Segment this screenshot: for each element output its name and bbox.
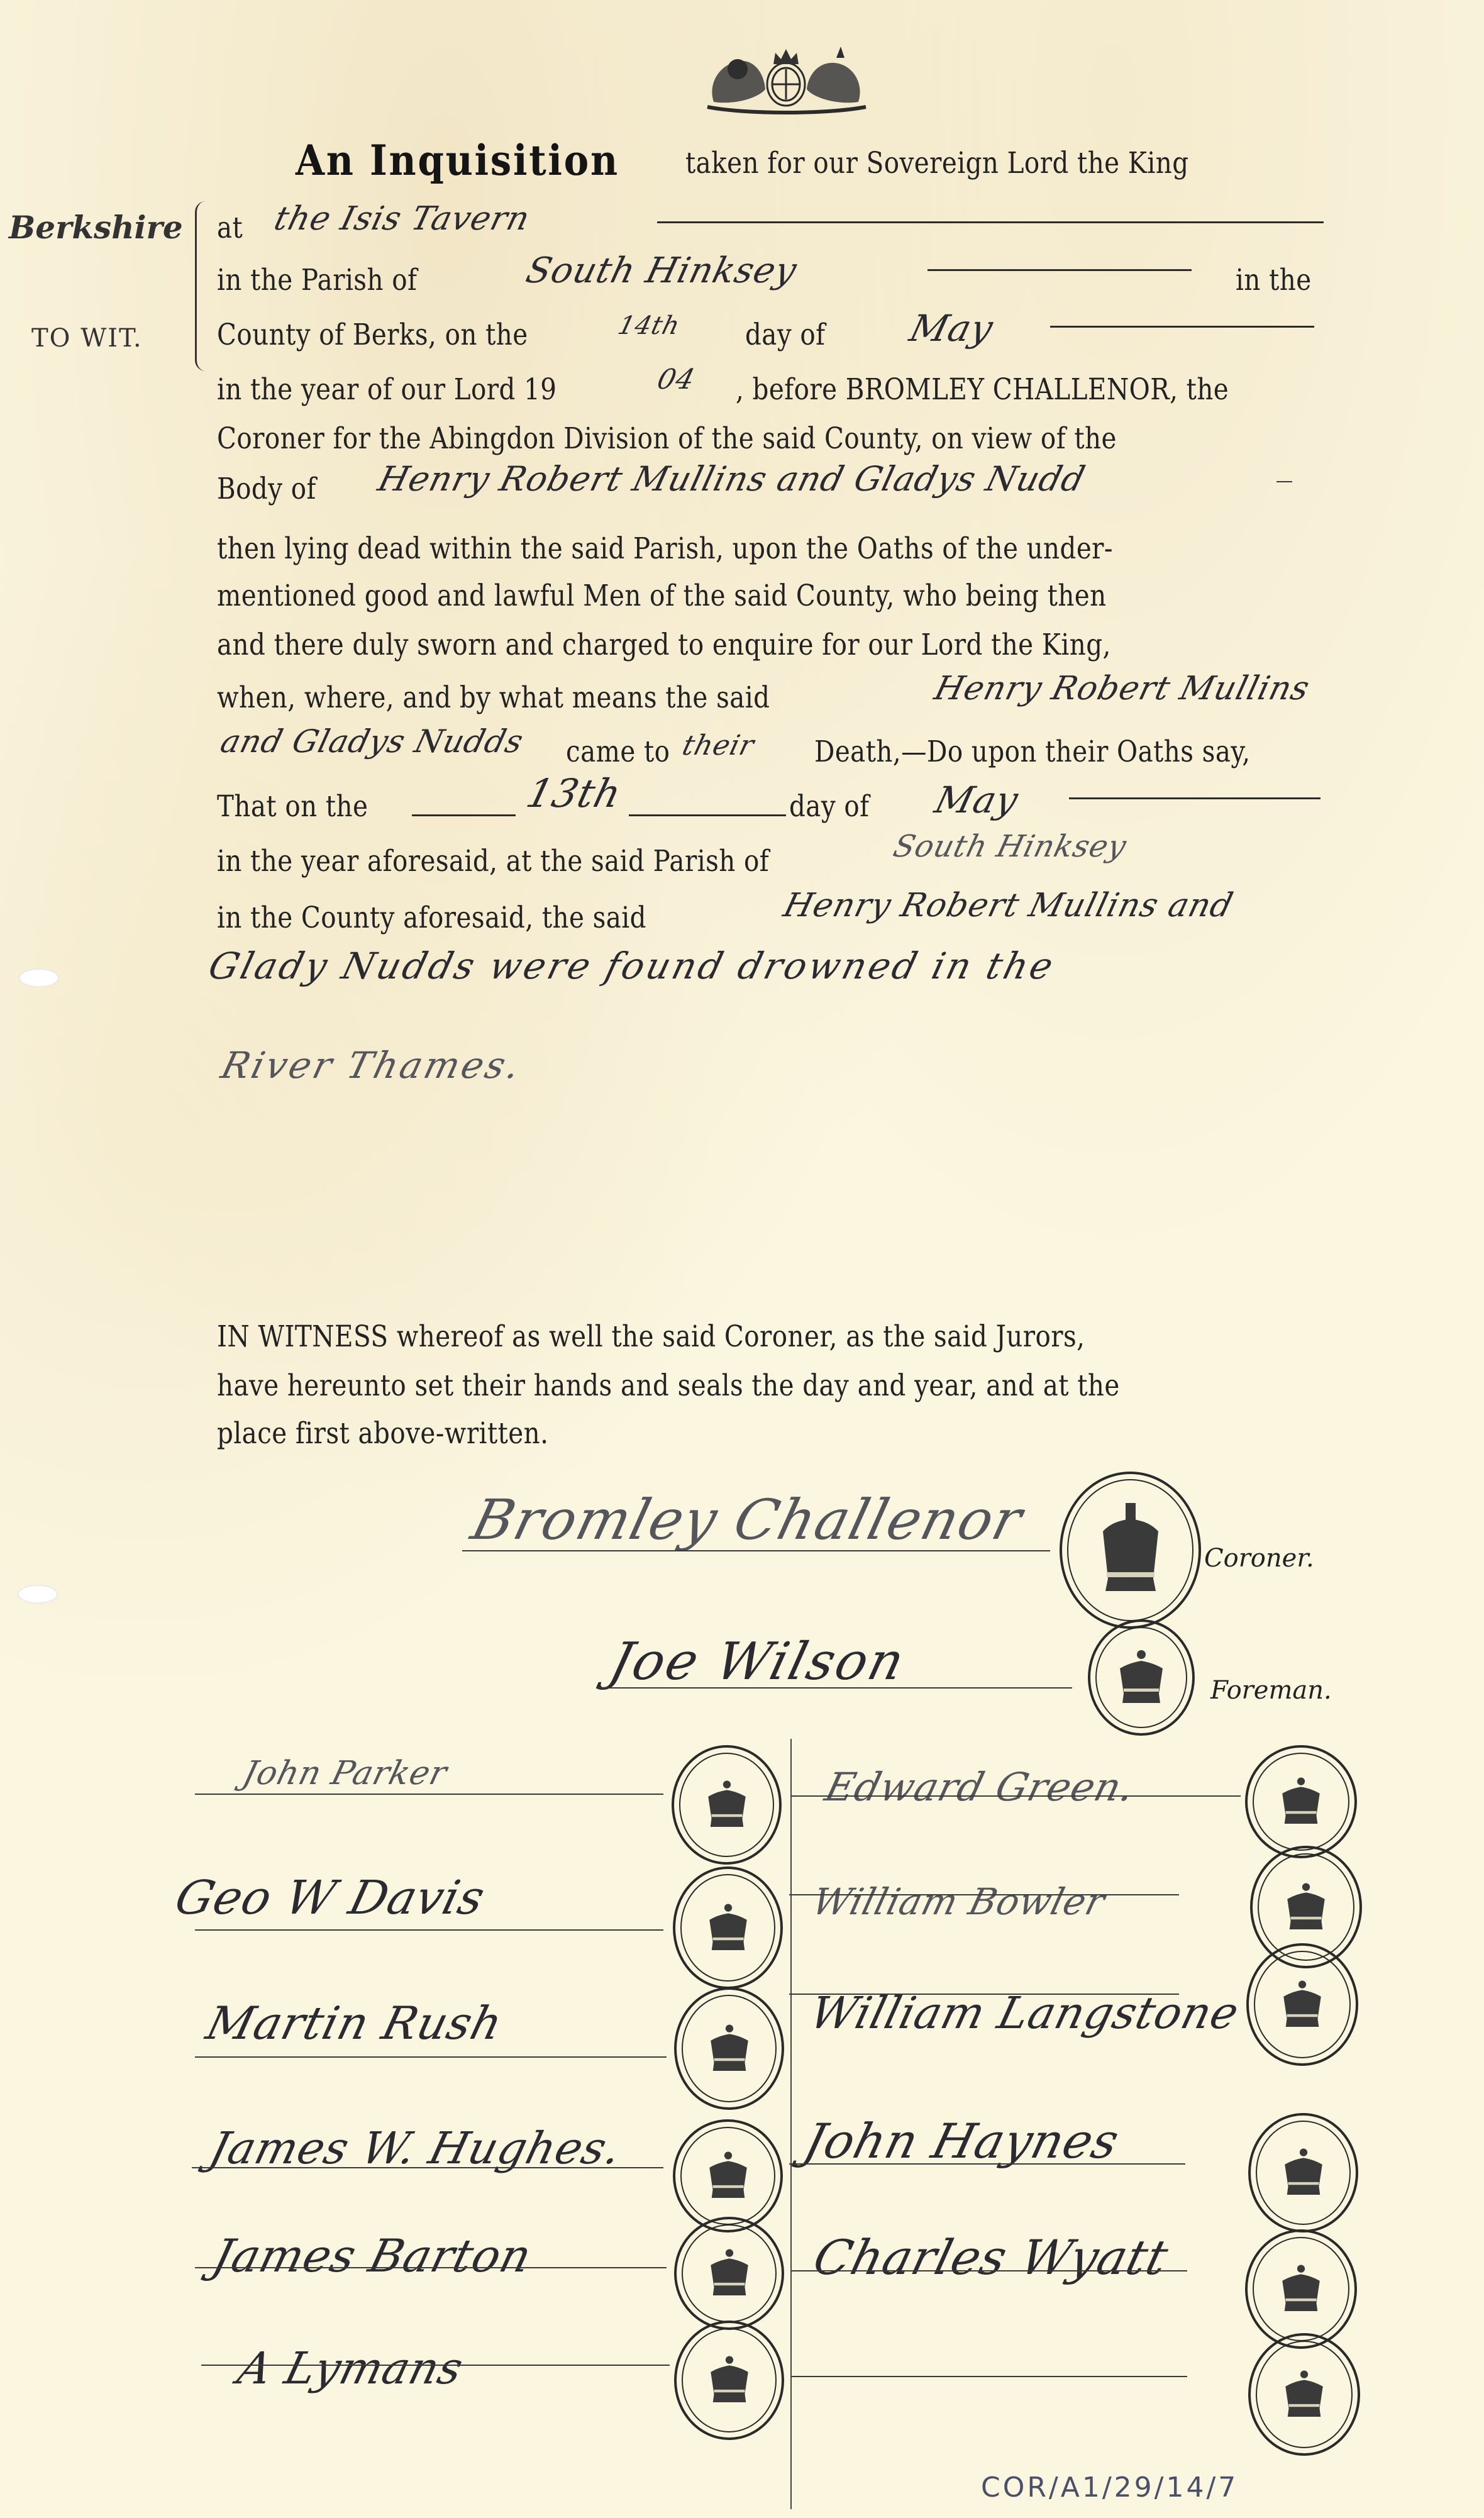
crown-icon — [707, 2355, 751, 2405]
juror-seal — [673, 1866, 783, 1989]
juror-seal — [1245, 1745, 1357, 1858]
juror-signature: John Parker — [239, 1755, 451, 1792]
death-parish-field: South Hinksey — [890, 829, 1130, 864]
before-coroner-text: , before BROMLEY CHALLENOR, the — [736, 372, 1229, 407]
finding-line-1: Henry Robert Mullins and — [780, 887, 1237, 924]
deceased-names-field: Henry Robert Mullins and Gladys Nudd — [374, 459, 1089, 499]
coroner-signature: Bromley Challenor — [465, 1487, 1029, 1552]
body-of-label: Body of — [217, 472, 316, 506]
foreman-role-label: Foreman. — [1210, 1676, 1332, 1705]
that-on-the-label: That on the — [217, 789, 368, 824]
juror-seal — [672, 1745, 782, 1865]
death-oaths-text: Death,—Do upon their Oaths say, — [814, 735, 1251, 769]
county-aforesaid-text: in the County aforesaid, the said — [217, 901, 646, 935]
foreman-signature-line — [597, 1687, 1072, 1689]
title-continuation: taken for our Sovereign Lord the King — [685, 146, 1189, 180]
juror-signature: John Haynes — [799, 2113, 1125, 2169]
at-label: at — [217, 211, 243, 245]
juror-signature: James W. Hughes. — [204, 2122, 627, 2174]
death-month-field: May — [931, 779, 1023, 821]
crown-icon — [705, 1780, 749, 1830]
finding-line-3: River Thames. — [217, 1044, 527, 1087]
juror-signature-line — [195, 2267, 667, 2268]
their-insert: their — [679, 729, 758, 762]
juror-seal — [673, 2119, 783, 2232]
juror-signature-line — [195, 2056, 667, 2058]
to-wit-label: TO WIT. — [31, 324, 143, 353]
juror-signature-line — [789, 2163, 1185, 2165]
archive-reference: COR/A1/29/14/7 — [981, 2471, 1238, 2504]
finding-line-2: Glady Nudds were found drowned in the — [204, 945, 1060, 987]
crown-icon — [706, 1903, 750, 1953]
death-day-field: 13th — [522, 770, 626, 816]
juror-signature-line — [791, 2270, 1187, 2271]
crown-icon — [1093, 1503, 1168, 1597]
juror-signature-line — [791, 2376, 1187, 2377]
juror-seal — [1245, 2229, 1357, 2349]
juror-signature-line-ext — [1021, 1795, 1241, 1797]
crown-icon — [1279, 1777, 1323, 1827]
punch-hole — [18, 1585, 58, 1604]
juror-seal — [674, 1987, 784, 2110]
juror-signature-line — [195, 1929, 663, 1931]
county-label: County of Berks, on the — [217, 318, 528, 352]
crown-icon — [1284, 1882, 1328, 1933]
deceased-names-field-2: Henry Robert Mullins — [931, 670, 1314, 707]
county-margin-label: Berkshire — [9, 209, 183, 246]
juror-seal — [1246, 1943, 1358, 2066]
juror-signature: William Bowler — [808, 1880, 1110, 1923]
coroner-role-label: Coroner. — [1204, 1544, 1314, 1573]
death-day-of-label: day of — [789, 789, 870, 824]
mentioned-text: mentioned good and lawful Men of the sai… — [217, 579, 1107, 613]
juror-seal — [1248, 2333, 1360, 2456]
inquest-year-field: 04 — [654, 363, 699, 396]
royal-crest-icon — [695, 39, 877, 114]
juror-signature-line — [195, 1794, 663, 1795]
parish-field: South Hinksey — [522, 250, 801, 291]
juror-seal — [674, 2217, 784, 2330]
year-label: in the year of our Lord 19 — [217, 372, 556, 407]
juror-signature-line — [791, 1795, 1021, 1797]
bracket-brace — [195, 201, 206, 371]
coroner-seal — [1060, 1472, 1201, 1629]
lying-dead-text: then lying dead within the said Parish, … — [217, 531, 1113, 566]
came-to-text: came to — [566, 735, 670, 769]
juror-seal — [674, 2321, 784, 2440]
witness-line-3: place first above-written. — [217, 1416, 548, 1451]
juror-signature: Geo W Davis — [170, 1871, 490, 1925]
parish-suffix: in the — [1236, 263, 1312, 297]
juror-signature: James Barton — [208, 2229, 537, 2282]
inquest-day-field: 14th — [615, 311, 683, 340]
crown-icon — [1280, 1980, 1324, 2030]
crown-icon — [1116, 1650, 1166, 1706]
coroner-signature-line — [462, 1550, 1050, 1551]
death-day-line-right — [629, 814, 786, 816]
foreman-seal — [1088, 1619, 1195, 1736]
death-day-line-left — [412, 814, 516, 816]
when-where-text: when, where, and by what means the said — [217, 680, 770, 715]
deceased-names-field-3: and Gladys Nudds — [217, 723, 528, 760]
day-of-label: day of — [745, 318, 826, 352]
punch-hole — [19, 968, 59, 987]
juror-signature-line — [192, 2167, 663, 2168]
juror-seal — [1248, 2113, 1358, 2232]
parish-label: in the Parish of — [217, 263, 417, 297]
dash-mark — [1276, 481, 1292, 482]
crown-icon — [1282, 2370, 1326, 2420]
foreman-signature: Joe Wilson — [604, 1632, 912, 1692]
juror-signature: Martin Rush — [201, 1997, 508, 2049]
crown-icon — [1279, 2264, 1323, 2314]
crown-icon — [706, 2151, 750, 2201]
venue-field-line — [657, 221, 1324, 223]
document-title: An Inquisition — [296, 136, 619, 185]
juror-signature-line — [789, 1994, 1179, 1995]
venue-field: the Isis Tavern — [270, 200, 534, 238]
crown-icon — [707, 2024, 751, 2074]
juror-signature: William Langstone — [805, 1987, 1244, 2039]
juror-signature-line — [789, 1894, 1179, 1895]
juror-signature-line — [201, 2365, 670, 2366]
crown-icon — [1282, 2148, 1326, 2198]
parish-field-line — [927, 269, 1192, 271]
jurors-column-divider — [790, 1739, 792, 2509]
juror-signature: A Lymans — [233, 2343, 468, 2394]
juror-signature: Charles Wyatt — [808, 2229, 1174, 2285]
inquest-month-field: May — [905, 307, 998, 350]
juror-signature: Edward Green. — [821, 1764, 1139, 1810]
crown-icon — [707, 2248, 751, 2299]
witness-line-1: IN WITNESS whereof as well the said Coro… — [217, 1319, 1085, 1354]
witness-line-2: have hereunto set their hands and seals … — [217, 1368, 1120, 1403]
duly-sworn-text: and there duly sworn and charged to enqu… — [217, 628, 1111, 662]
coroner-division-text: Coroner for the Abingdon Division of the… — [217, 421, 1117, 456]
year-aforesaid-text: in the year aforesaid, at the said Paris… — [217, 844, 769, 879]
death-month-line — [1069, 797, 1321, 799]
month-field-line — [1050, 326, 1314, 328]
